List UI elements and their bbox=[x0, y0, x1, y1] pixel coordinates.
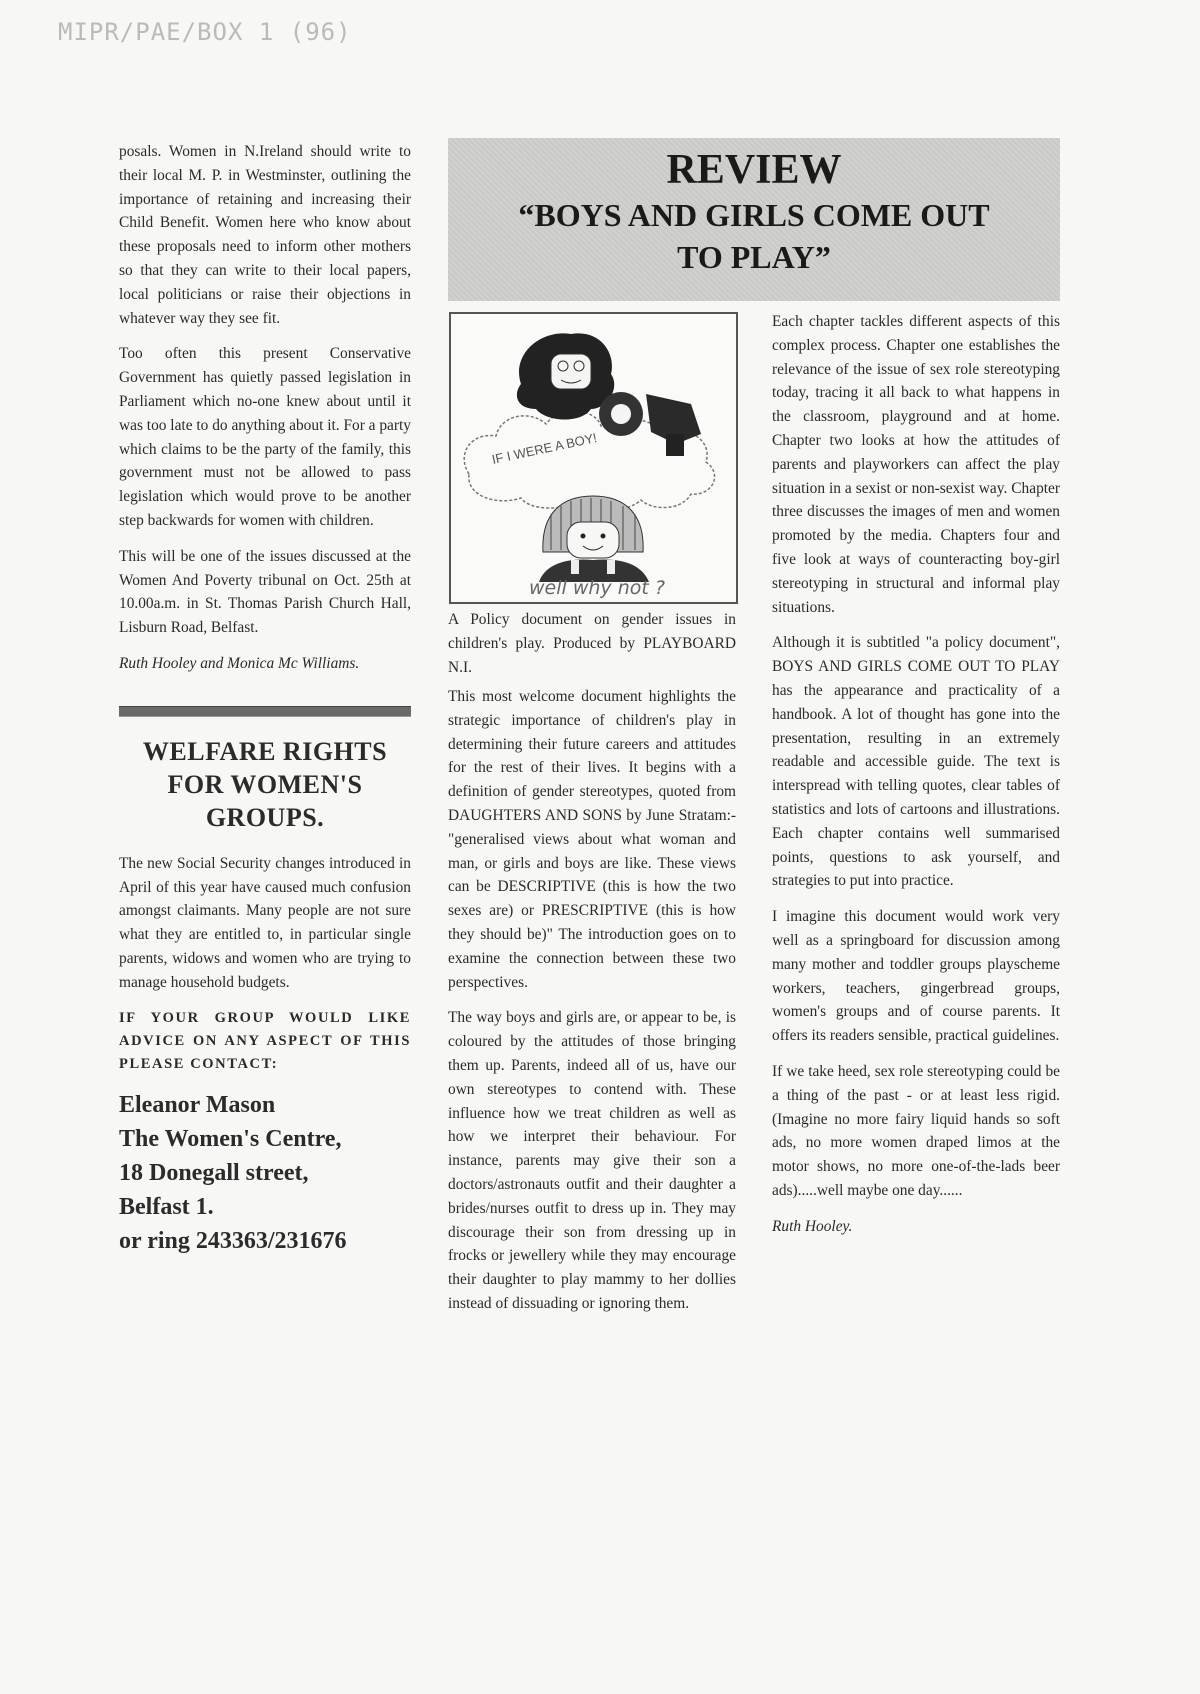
paragraph: This will be one of the issues discussed… bbox=[119, 545, 411, 640]
paragraph: Too often this present Conservative Gove… bbox=[119, 342, 411, 532]
welfare-section-title: WELFARE RIGHTS FOR WOMEN'S GROUPS. bbox=[119, 735, 411, 834]
review-title-line2: TO PLAY” bbox=[448, 236, 1060, 278]
cartoon-illustration: IF I WERE A BOY! well why not ? bbox=[449, 312, 738, 604]
archive-reference: MIPR/PAE/BOX 1 (96) bbox=[58, 18, 352, 46]
paragraph: Although it is subtitled "a policy docum… bbox=[772, 631, 1060, 893]
paragraph: This most welcome document highlights th… bbox=[448, 685, 736, 994]
section-divider bbox=[119, 706, 411, 717]
left-column: posals. Women in N.Ireland should write … bbox=[119, 140, 411, 1258]
contact-organisation: The Women's Centre, bbox=[119, 1122, 411, 1156]
byline: Ruth Hooley. bbox=[772, 1215, 1060, 1239]
svg-text:IF I WERE A BOY!: IF I WERE A BOY! bbox=[491, 430, 599, 467]
contact-city: Belfast 1. bbox=[119, 1190, 411, 1224]
paragraph: I imagine this document would work very … bbox=[772, 905, 1060, 1048]
girl-dreaming-cartoon-icon: IF I WERE A BOY! well why not ? bbox=[451, 314, 736, 602]
byline: Ruth Hooley and Monica Mc Williams. bbox=[119, 652, 411, 676]
paragraph: Each chapter tackles different aspects o… bbox=[772, 310, 1060, 619]
review-label: REVIEW bbox=[448, 146, 1060, 194]
paragraph: If we take heed, sex role stereotyping c… bbox=[772, 1060, 1060, 1203]
contact-block: Eleanor Mason The Women's Centre, 18 Don… bbox=[119, 1088, 411, 1258]
middle-column: This most welcome document highlights th… bbox=[448, 685, 736, 1328]
newsletter-page: MIPR/PAE/BOX 1 (96) posals. Women in N.I… bbox=[0, 0, 1200, 1694]
contact-name: Eleanor Mason bbox=[119, 1088, 411, 1122]
paragraph: posals. Women in N.Ireland should write … bbox=[119, 140, 411, 330]
review-title-line1: “BOYS AND GIRLS COME OUT bbox=[448, 194, 1060, 236]
illustration-caption: A Policy document on gender issues in ch… bbox=[448, 608, 736, 679]
caption-text: A Policy document on gender issues in ch… bbox=[448, 608, 736, 679]
paragraph: The new Social Security changes introduc… bbox=[119, 852, 411, 995]
call-to-action: IF YOUR GROUP WOULD LIKE ADVICE ON ANY A… bbox=[119, 1007, 411, 1076]
right-column: Each chapter tackles different aspects o… bbox=[772, 310, 1060, 1250]
review-header-banner: REVIEW “BOYS AND GIRLS COME OUT TO PLAY” bbox=[448, 138, 1060, 301]
contact-phone: or ring 243363/231676 bbox=[119, 1224, 411, 1258]
contact-street: 18 Donegall street, bbox=[119, 1156, 411, 1190]
paragraph: The way boys and girls are, or appear to… bbox=[448, 1006, 736, 1315]
svg-text:well why not ?: well why not ? bbox=[529, 577, 665, 599]
